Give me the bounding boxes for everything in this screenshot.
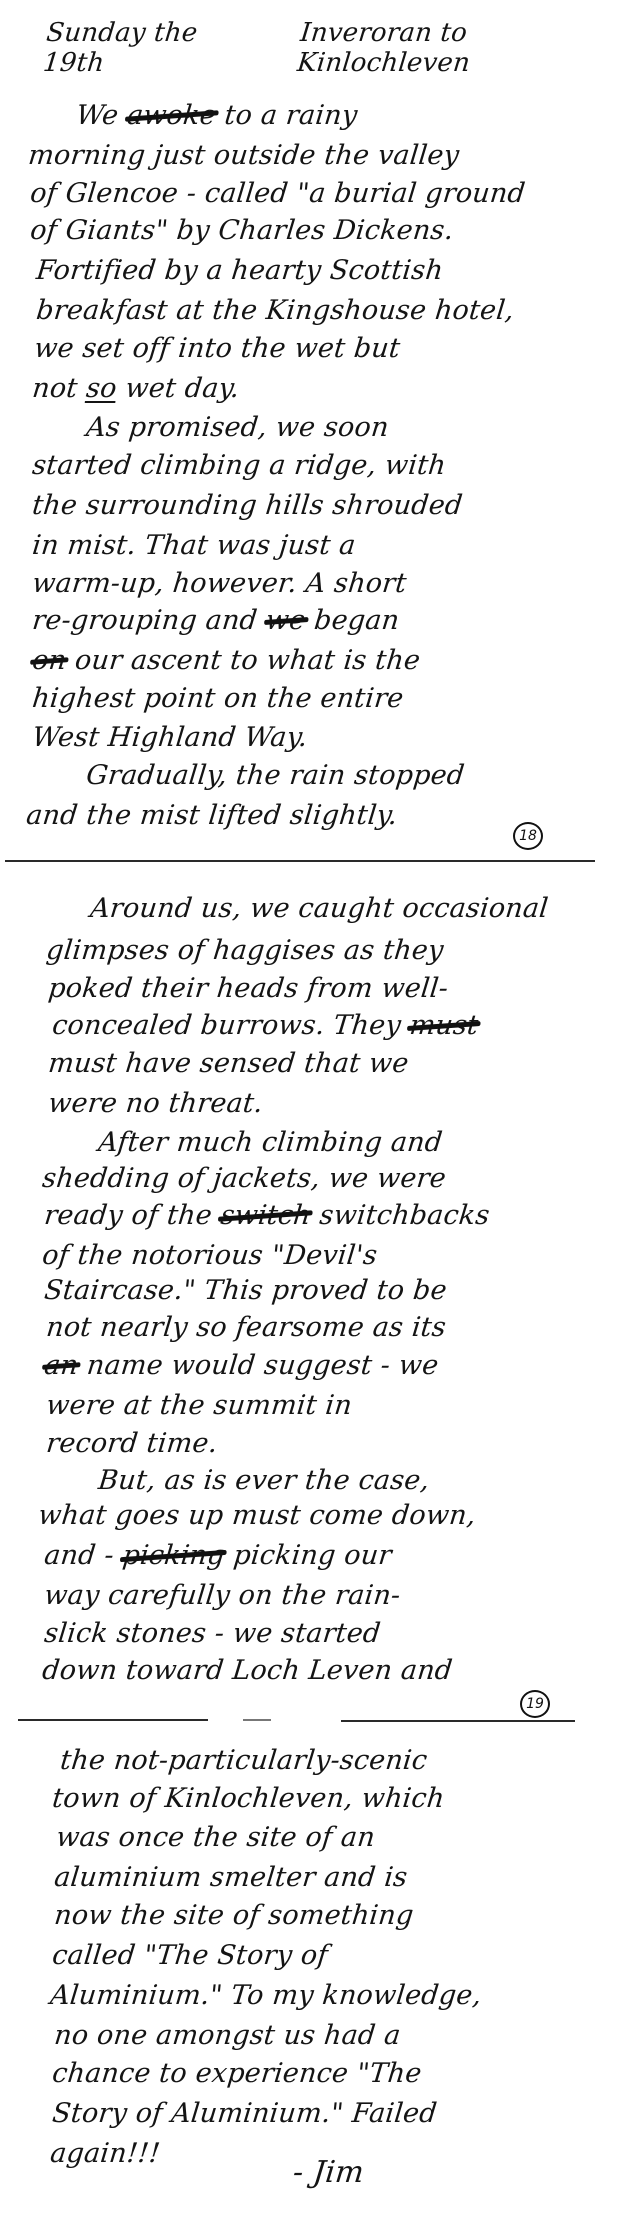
journal-line: record time. <box>45 1428 219 1459</box>
journal-line: was once the site of an <box>55 1822 377 1853</box>
journal-line: must have sensed that we <box>47 1048 410 1079</box>
entry-date: Sunday the 19th <box>42 18 242 78</box>
journal-line: we set off into the wet but <box>33 333 402 364</box>
journal-line: and - picking picking our <box>43 1540 393 1571</box>
journal-line: not nearly so fearsome as its <box>45 1312 448 1343</box>
journal-line: highest point on the entire <box>31 683 405 714</box>
struck-word: on <box>31 645 68 676</box>
journal-line: After much climbing and <box>97 1127 444 1158</box>
struck-word: picking <box>121 1540 226 1571</box>
journal-line: morning just outside the valley <box>27 140 461 171</box>
struck-word: must <box>408 1010 480 1041</box>
journal-line: Fortified by a hearty Scottish <box>35 255 445 286</box>
journal-line: were at the summit in <box>45 1390 354 1421</box>
journal-line: poked their heads from well- <box>47 973 450 1004</box>
journal-line: But, as is ever the case, <box>97 1465 431 1496</box>
journal-line: re-grouping and we began <box>31 605 401 636</box>
journal-line: breakfast at the Kingshouse hotel, <box>35 295 516 326</box>
journal-line: As promised, we soon <box>85 412 391 443</box>
journal-heading: Sunday the 19th Inveroran to Kinlochleve… <box>42 18 608 78</box>
journal-line: Around us, we caught occasional <box>89 893 550 924</box>
struck-word: switch <box>219 1200 312 1231</box>
journal-line: town of Kinlochleven, which <box>51 1783 446 1814</box>
journal-line: the not-particularly-scenic <box>59 1745 429 1776</box>
journal-line: down toward Loch Leven and <box>41 1655 454 1686</box>
journal-line: aluminium smelter and is <box>53 1862 409 1893</box>
page-separator <box>5 860 595 862</box>
page-number-badge: 18 <box>513 822 543 850</box>
journal-line: shedding of jackets, we were <box>41 1163 448 1194</box>
journal-line: We awoke to a rainy <box>75 100 359 131</box>
journal-line: Aluminium." To my knowledge, <box>49 1980 483 2011</box>
journal-line: way carefully on the rain- <box>43 1580 402 1611</box>
journal-line: what goes up must come down, <box>37 1500 478 1531</box>
journal-line: and the mist lifted slightly. <box>25 800 399 831</box>
struck-word: an <box>43 1350 80 1381</box>
page-separator <box>18 1719 208 1721</box>
journal-line: on our ascent to what is the <box>31 645 422 676</box>
journal-line: warm-up, however. A short <box>31 568 408 599</box>
journal-line: Gradually, the rain stopped <box>85 760 466 791</box>
journal-line: an name would suggest - we <box>43 1350 440 1381</box>
journal-line: glimpses of haggises as they <box>45 935 445 966</box>
journal-line: started climbing a ridge, with <box>31 450 448 481</box>
journal-line: of the notorious "Devil's <box>41 1240 379 1271</box>
journal-line: the surrounding hills shrouded <box>31 490 464 521</box>
journal-line: of Glencoe - called "a burial ground <box>29 178 527 209</box>
journal-line: slick stones - we started <box>43 1618 382 1649</box>
page-number-badge: 19 <box>520 1690 550 1718</box>
journal-line: concealed burrows. They must <box>51 1010 480 1041</box>
journal-line: Story of Aluminium." Failed <box>51 2098 439 2129</box>
page-separator <box>341 1720 575 1722</box>
journal-line: Staircase." This proved to be <box>43 1275 449 1306</box>
underlined-word: so <box>85 373 119 404</box>
journal-line: called "The Story of <box>51 1940 330 1971</box>
journal-line: were no threat. <box>47 1088 265 1119</box>
journal-line: in mist. That was just a <box>31 530 358 561</box>
signature: - Jim <box>291 2155 365 2190</box>
journal-line: chance to experience "The <box>51 2058 423 2089</box>
journal-line: not so wet day. <box>31 373 241 404</box>
entry-route: Inveroran to Kinlochleven <box>296 18 608 78</box>
journal-line: now the site of something <box>53 1900 415 1931</box>
journal-line: no one amongst us had a <box>53 2020 402 2051</box>
page-separator <box>243 1719 271 1721</box>
journal-line: again!!! <box>49 2138 162 2169</box>
struck-word: we <box>264 605 307 636</box>
struck-word: awoke <box>125 100 217 131</box>
journal-line: West Highland Way. <box>31 722 309 753</box>
journal-line: ready of the switch switchbacks <box>43 1200 491 1231</box>
journal-line: of Giants" by Charles Dickens. <box>29 215 455 246</box>
